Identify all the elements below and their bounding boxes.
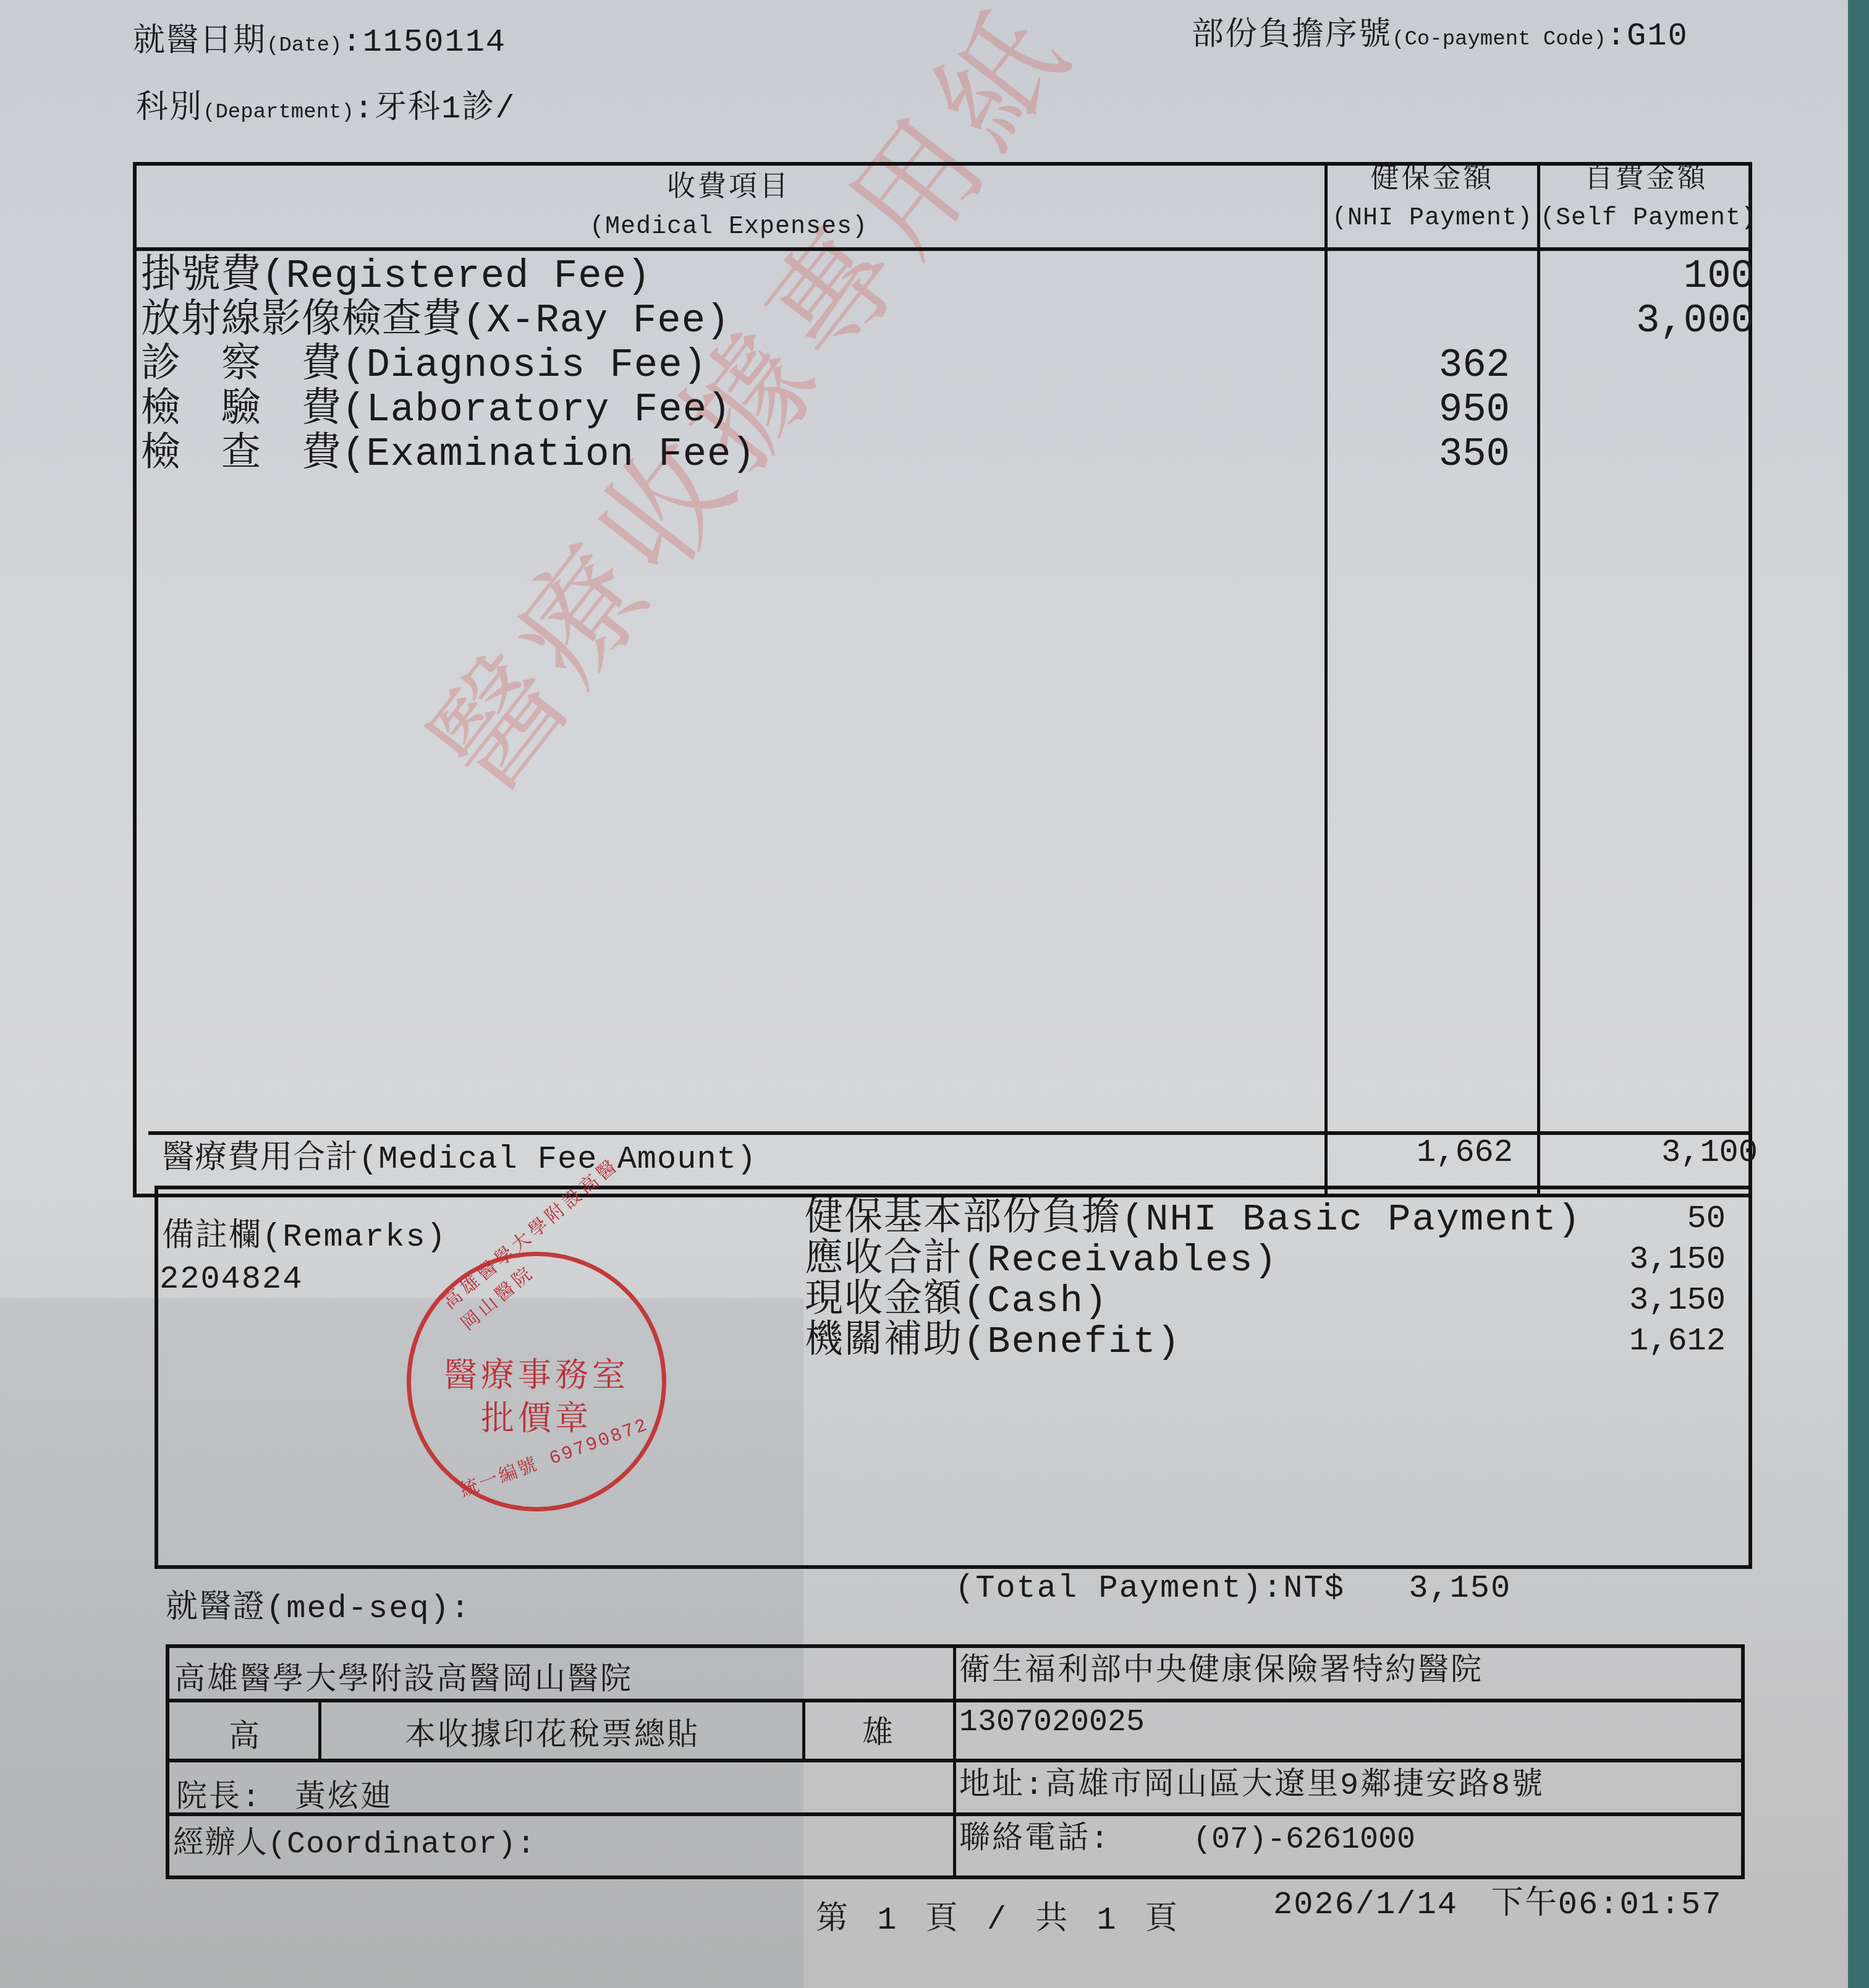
summary-value: 1,612 — [1540, 1322, 1726, 1361]
remarks-label: 備註欄(Remarks) — [162, 1209, 447, 1255]
visit-date-value: :1150114 — [342, 24, 506, 61]
med-seq-label: 就醫證(med-seq): — [166, 1580, 471, 1627]
department-label-en: (Department) — [203, 101, 354, 124]
stamp-left-divider — [318, 1699, 321, 1761]
col-self-label: 自費金額 — [1540, 159, 1752, 199]
summary-label: 現收金額(Cash) — [805, 1281, 1108, 1322]
director: 院長: 黃炫廸 — [176, 1771, 393, 1816]
fee-item-label: 掛號費(Registered Fee) — [141, 255, 651, 299]
copay-label: 部份負擔序號 — [1192, 18, 1392, 54]
summary-label: 健保基本部份負擔(NHI Basic Payment) — [805, 1199, 1582, 1240]
stamp-right-divider — [802, 1699, 805, 1761]
col-items-header: 收費項目 (Medical Expenses) — [133, 168, 1324, 247]
summary-row: 機關補助(Benefit)1,612 — [805, 1322, 1726, 1362]
phone-value: (07)-6261000 — [1193, 1822, 1415, 1858]
payment-summary: 健保基本部份負擔(NHI Basic Payment)50應收合計(Receiv… — [805, 1199, 1726, 1362]
table-row: 診 察 費(Diagnosis Fee)362 — [141, 344, 1745, 388]
summary-row: 現收金額(Cash)3,150 — [805, 1281, 1726, 1322]
col-nhi-header: 健保金額 (NHI Payment) — [1328, 159, 1537, 239]
table-row: 放射線影像檢查費(X-Ray Fee)3,000 — [141, 299, 1745, 344]
fee-item-label: 檢 查 費(Examination Fee) — [141, 433, 756, 477]
stamp-tax-note: 本收據印花稅票總貼 — [405, 1709, 700, 1754]
total-payment-value: 3,150 — [1409, 1570, 1511, 1607]
fee-item-label: 檢 驗 費(Laboratory Fee) — [141, 388, 732, 433]
summary-value: 3,150 — [1540, 1240, 1726, 1280]
address: 地址:高雄市岡山區大遼里9鄰捷安路8號 — [959, 1759, 1545, 1804]
table-header-divider — [133, 247, 1752, 251]
copay-label-en: (Co-payment Code) — [1392, 28, 1606, 51]
fee-item-self: 100 — [1540, 255, 1755, 299]
department: 科別(Department):牙科1診/ — [136, 80, 515, 127]
fee-item-nhi: 950 — [1324, 388, 1510, 433]
total-self: 3,100 — [1540, 1133, 1758, 1173]
approval-stamp: 高雄醫學大學附設高醫岡山醫院 醫療事務室 批價章 統一編號 69790872 — [407, 1252, 666, 1511]
phone-label: 聯絡電話: — [959, 1822, 1111, 1858]
col-self-header: 自費金額 (Self Payment) — [1540, 159, 1752, 239]
fee-rows: 掛號費(Registered Fee)100放射線影像檢查費(X-Ray Fee… — [141, 255, 1745, 477]
department-label: 科別 — [136, 91, 203, 127]
nhi-contract: 衛生福利部中央健康保險署特約醫院 — [959, 1644, 1483, 1689]
summary-label: 機關補助(Benefit) — [805, 1322, 1181, 1362]
summary-label: 應收合計(Receivables) — [805, 1240, 1278, 1281]
fee-item-self: 3,000 — [1540, 299, 1755, 344]
total-payment-label: (Total Payment):NT$ — [955, 1570, 1345, 1607]
stamp-left-char: 高 — [229, 1711, 261, 1756]
copay-code: 部份負擔序號(Co-payment Code):G10 — [1192, 7, 1689, 54]
coordinator: 經辦人(Coordinator): — [173, 1817, 536, 1863]
stamp-line1: 醫療事務室 — [411, 1349, 662, 1397]
summary-row: 健保基本部份負擔(NHI Basic Payment)50 — [805, 1199, 1726, 1240]
col-items-label-en: (Medical Expenses) — [133, 208, 1324, 247]
page-info: 第 1 頁 / 共 1 頁 — [816, 1892, 1182, 1939]
phone: 聯絡電話: (07)-6261000 — [959, 1812, 1415, 1858]
department-value: :牙科1診/ — [354, 91, 516, 127]
visit-date: 就醫日期(Date):1150114 — [133, 14, 506, 61]
table-row: 掛號費(Registered Fee)100 — [141, 255, 1745, 299]
col-nhi-label: 健保金額 — [1328, 159, 1537, 199]
summary-value: 50 — [1540, 1199, 1726, 1239]
total-label: 醫療費用合計(Medical Fee Amount) — [162, 1137, 756, 1182]
total-payment: (Total Payment):NT$ 3,150 — [955, 1570, 1511, 1607]
stamp-right-char: 雄 — [862, 1707, 895, 1752]
fee-item-label: 診 察 費(Diagnosis Fee) — [141, 344, 707, 388]
fee-item-nhi: 362 — [1324, 344, 1510, 388]
copay-value: :G10 — [1606, 18, 1689, 54]
printed-at: 2026/1/14 下午06:01:57 — [1273, 1876, 1723, 1923]
footer-row1-divider — [166, 1699, 1745, 1702]
hospital-code: 1307020025 — [959, 1705, 1145, 1740]
visit-date-label-en: (Date) — [266, 34, 342, 57]
table-row: 檢 驗 費(Laboratory Fee)950 — [141, 388, 1745, 433]
summary-row: 應收合計(Receivables)3,150 — [805, 1240, 1726, 1281]
col-self-label-en: (Self Payment) — [1540, 199, 1752, 239]
fee-item-nhi: 350 — [1324, 433, 1510, 477]
summary-value: 3,150 — [1540, 1281, 1726, 1320]
hospital-name: 高雄醫學大學附設高醫岡山醫院 — [174, 1654, 633, 1699]
total-nhi: 1,662 — [1328, 1133, 1513, 1173]
table-row: 檢 查 費(Examination Fee)350 — [141, 433, 1745, 477]
visit-date-label: 就醫日期 — [133, 24, 266, 61]
col-items-label: 收費項目 — [133, 168, 1324, 208]
footer-row3-divider — [166, 1812, 1745, 1816]
fee-item-label: 放射線影像檢查費(X-Ray Fee) — [141, 299, 730, 344]
remarks-value: 2204824 — [159, 1261, 303, 1298]
col-nhi-label-en: (NHI Payment) — [1328, 199, 1537, 239]
